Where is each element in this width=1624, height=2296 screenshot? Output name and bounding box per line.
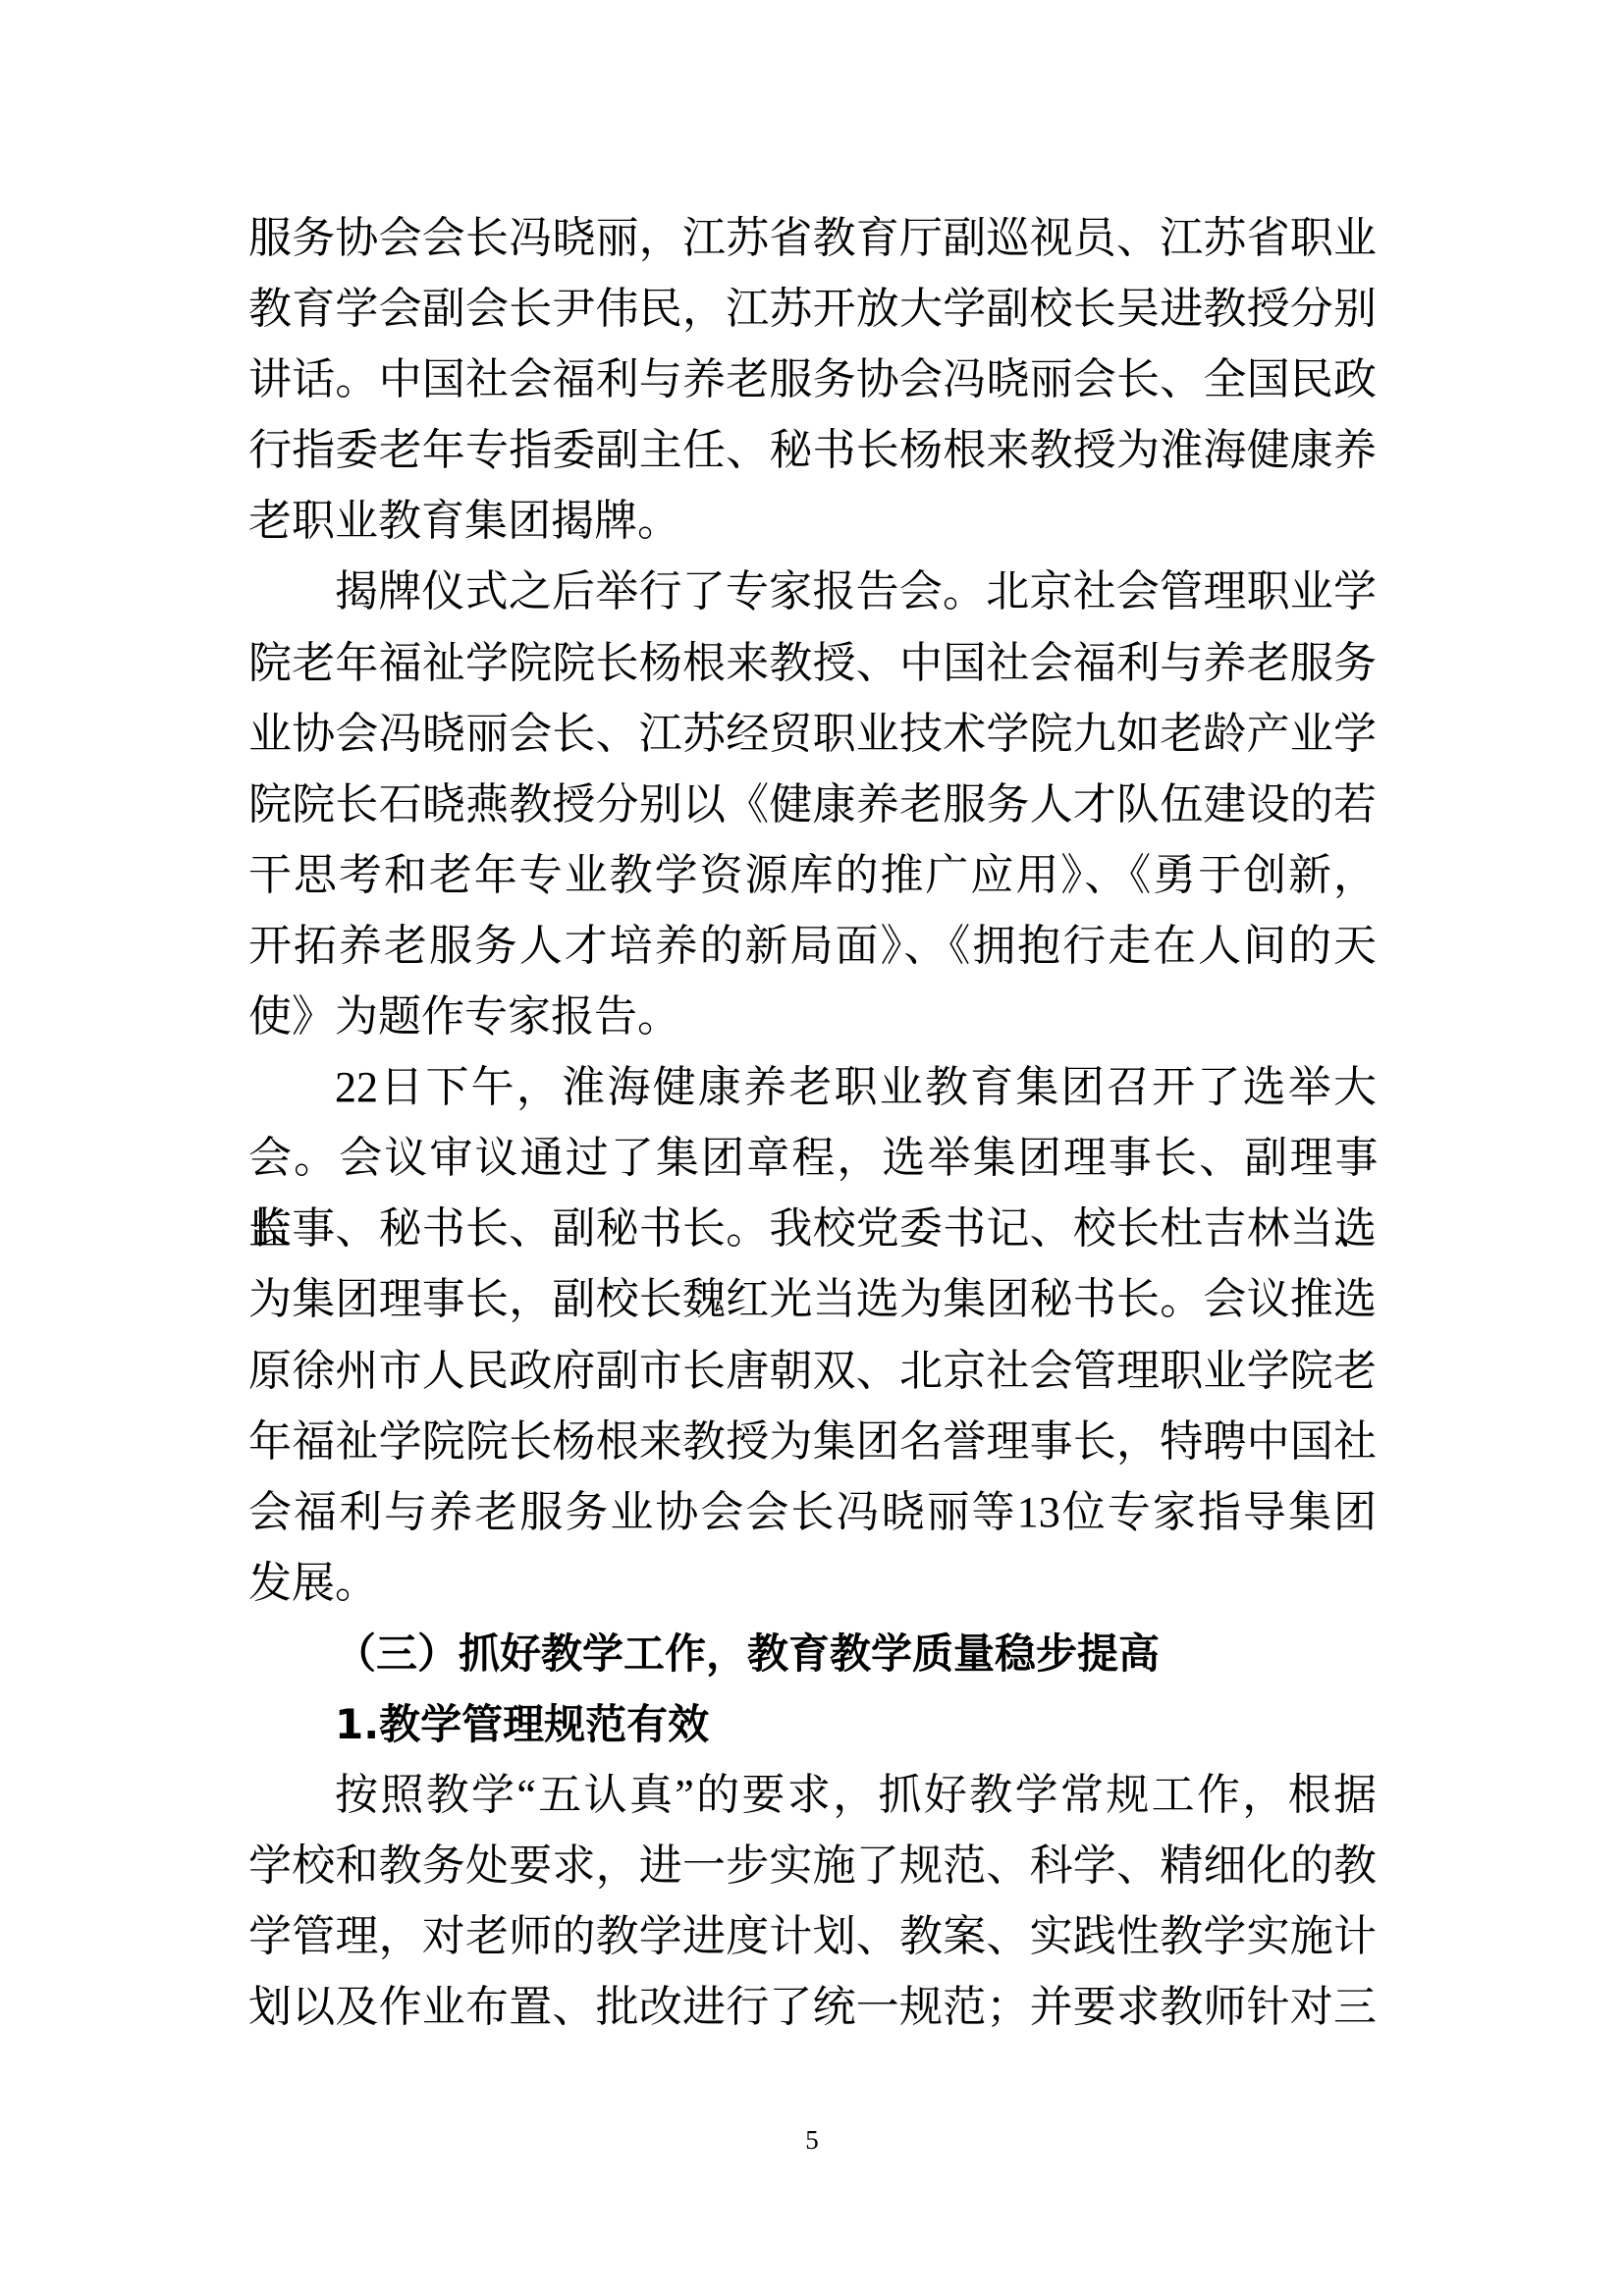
text-line: 为集团理事长，副校长魏红光当选为集团秘书长。会议推选 bbox=[248, 1264, 1377, 1335]
text-line: 老职业教育集团揭牌。 bbox=[248, 486, 1377, 557]
body-paragraph: 22日下午，淮海健康养老职业教育集团召开了选举大会。会议审议通过了集团章程，选举… bbox=[248, 1052, 1377, 1619]
text-line: （三）抓好教学工作，教育教学质量稳步提高 bbox=[248, 1619, 1377, 1689]
text-line: 院老年福祉学院院长杨根来教授、中国社会福利与养老服务 bbox=[248, 628, 1377, 699]
text-line: 发展。 bbox=[248, 1548, 1377, 1619]
text-line: 行指委老年专指委副主任、秘书长杨根来教授为淮海健康养 bbox=[248, 415, 1377, 486]
page-number: 5 bbox=[0, 2122, 1624, 2158]
text-line: 学管理，对老师的教学进度计划、教案、实践性教学实施计 bbox=[248, 1901, 1377, 1972]
text-line: 按照教学“五认真”的要求，抓好教学常规工作，根据 bbox=[248, 1760, 1377, 1831]
body-paragraph: 服务协会会长冯晓丽，江苏省教育厅副巡视员、江苏省职业教育学会副会长尹伟民，江苏开… bbox=[248, 203, 1377, 557]
heading-paragraph: （三）抓好教学工作，教育教学质量稳步提高 bbox=[248, 1619, 1377, 1689]
text-line: 讲话。中国社会福利与养老服务协会冯晓丽会长、全国民政 bbox=[248, 345, 1377, 415]
document-page: 服务协会会长冯晓丽，江苏省教育厅副巡视员、江苏省职业教育学会副会长尹伟民，江苏开… bbox=[0, 0, 1624, 2296]
text-line: 1.教学管理规范有效 bbox=[248, 1689, 1377, 1760]
text-line: 使》为题作专家报告。 bbox=[248, 982, 1377, 1052]
text-line: 教育学会副会长尹伟民，江苏开放大学副校长吴进教授分别 bbox=[248, 274, 1377, 345]
text-line: 业协会冯晓丽会长、江苏经贸职业技术学院九如老龄产业学 bbox=[248, 699, 1377, 770]
text-line: 院院长石晓燕教授分别以《健康养老服务人才队伍建设的若 bbox=[248, 770, 1377, 840]
text-line: 揭牌仪式之后举行了专家报告会。北京社会管理职业学 bbox=[248, 557, 1377, 627]
document-body: 服务协会会长冯晓丽，江苏省教育厅副巡视员、江苏省职业教育学会副会长尹伟民，江苏开… bbox=[248, 203, 1377, 2043]
text-line: 干思考和老年专业教学资源库的推广应用》、《勇于创新， bbox=[248, 840, 1377, 911]
text-line: 会福利与养老服务业协会会长冯晓丽等13位专家指导集团 bbox=[248, 1477, 1377, 1548]
text-line: 原徐州市人民政府副市长唐朝双、北京社会管理职业学院老 bbox=[248, 1336, 1377, 1407]
text-line: 22日下午，淮海健康养老职业教育集团召开了选举大 bbox=[248, 1052, 1377, 1123]
text-line: 学校和教务处要求，进一步实施了规范、科学、精细化的教 bbox=[248, 1831, 1377, 1901]
text-line: 监事、秘书长、副秘书长。我校党委书记、校长杜吉林当选 bbox=[248, 1194, 1377, 1264]
text-line: 开拓养老服务人才培养的新局面》、《拥抱行走在人间的天 bbox=[248, 911, 1377, 982]
text-line: 年福祉学院院长杨根来教授为集团名誉理事长，特聘中国社 bbox=[248, 1407, 1377, 1477]
text-line: 划以及作业布置、批改进行了统一规范；并要求教师针对三 bbox=[248, 1972, 1377, 2043]
heading-paragraph: 1.教学管理规范有效 bbox=[248, 1689, 1377, 1760]
text-line: 会。会议审议通过了集团章程，选举集团理事长、副理事长、 bbox=[248, 1123, 1377, 1194]
text-line: 服务协会会长冯晓丽，江苏省教育厅副巡视员、江苏省职业 bbox=[248, 203, 1377, 274]
body-paragraph: 揭牌仪式之后举行了专家报告会。北京社会管理职业学院老年福祉学院院长杨根来教授、中… bbox=[248, 557, 1377, 1052]
body-paragraph: 按照教学“五认真”的要求，抓好教学常规工作，根据学校和教务处要求，进一步实施了规… bbox=[248, 1760, 1377, 2043]
